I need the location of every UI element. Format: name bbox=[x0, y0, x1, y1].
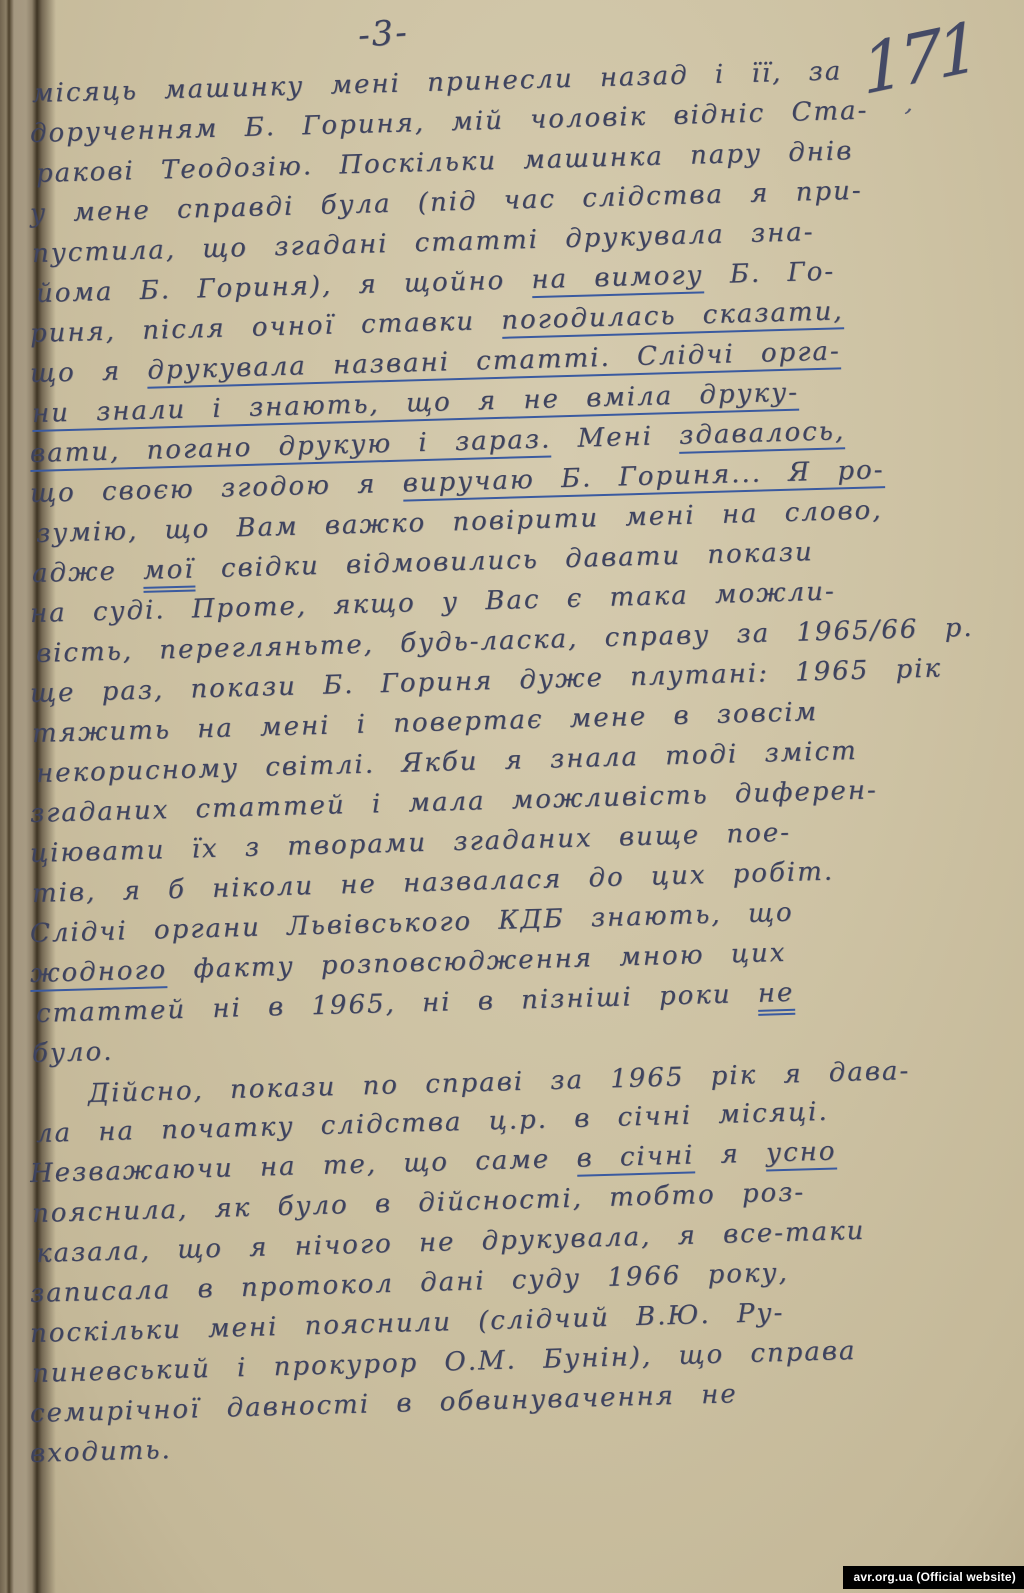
underlined-text: на вимогу bbox=[531, 260, 704, 298]
handwritten-text: адже bbox=[32, 556, 144, 589]
handwriting-lines: місяць машинку мені принесли назад і її,… bbox=[30, 74, 1010, 1474]
underlined-text: здавалось, bbox=[679, 416, 846, 454]
scanned-document-page: -3- 171 ’ місяць машинку мені принесли н… bbox=[0, 0, 1024, 1593]
underlined-text: не bbox=[757, 978, 795, 1016]
handwritten-text: входить. bbox=[30, 1435, 173, 1469]
page-number-label: -3- bbox=[357, 12, 410, 55]
handwritten-text: Б. Го- bbox=[703, 257, 835, 291]
underlined-text: жодного bbox=[30, 955, 168, 992]
underlined-text: в січні bbox=[576, 1140, 695, 1176]
underlined-text: мої bbox=[143, 554, 196, 592]
handwritten-text: Мені bbox=[551, 421, 680, 455]
watermark-badge: avr.org.ua (Official website) bbox=[843, 1566, 1024, 1589]
handwritten-text: що своєю згодою я bbox=[30, 469, 403, 509]
handwritten-text: я bbox=[694, 1138, 767, 1170]
handwritten-text: що я bbox=[30, 356, 148, 389]
handwritten-text: було. bbox=[32, 1037, 114, 1069]
underlined-text: усно bbox=[766, 1136, 837, 1171]
